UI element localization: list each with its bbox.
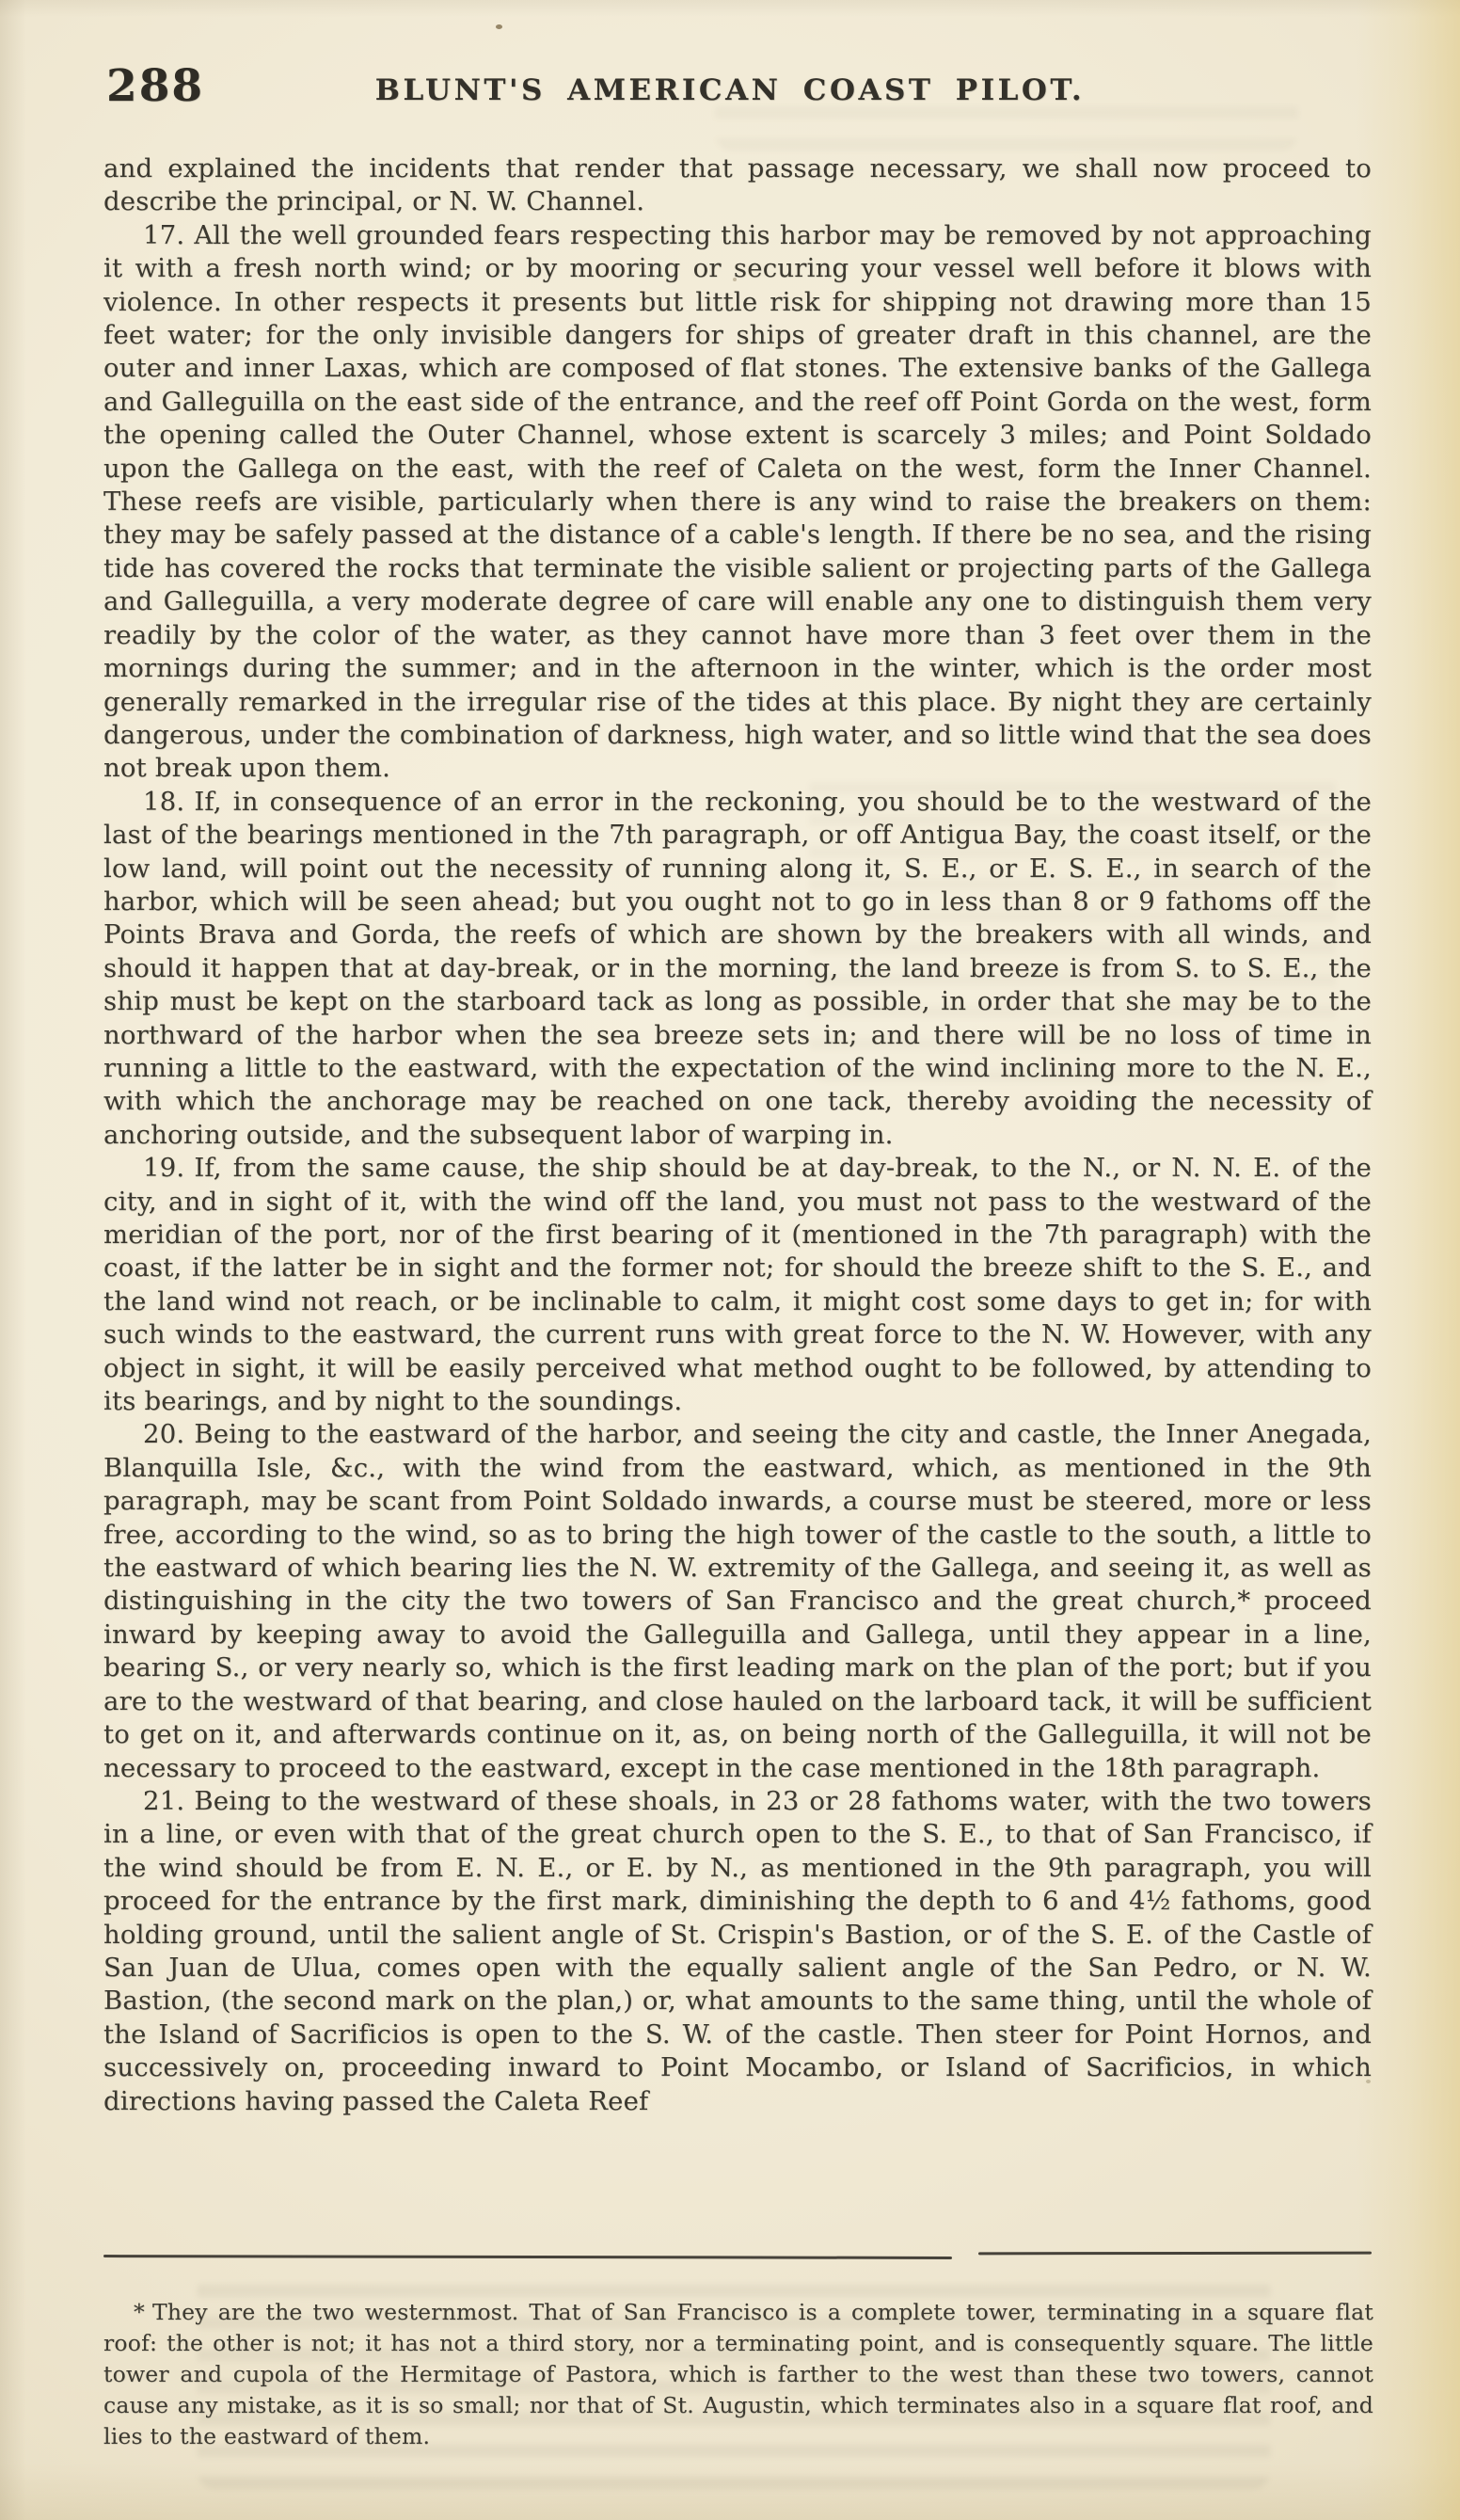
paragraph-number: 18. (143, 787, 194, 817)
paragraph-number: 19. (143, 1153, 194, 1183)
paragraph: 17.All the well grounded fears respectin… (103, 219, 1372, 786)
paragraph-text: Being to the eastward of the harbor, and… (103, 1419, 1372, 1782)
footnote: *They are the two westernmost. That of S… (103, 2297, 1373, 2452)
paragraph: and explained the incidents that render … (103, 152, 1372, 219)
footnote-marker: * (134, 2299, 152, 2325)
paragraph-text: and explained the incidents that render … (103, 153, 1372, 216)
paragraph-text: If, in consequence of an error in the re… (103, 787, 1372, 1150)
paragraph-number: 17. (143, 220, 194, 250)
book-page: 288 BLUNT'S AMERICAN COAST PILOT. and ex… (0, 0, 1460, 2520)
paragraph: 18.If, in consequence of an error in the… (103, 786, 1372, 1152)
paragraph-number: 21. (143, 1786, 194, 1816)
paragraph-text: Being to the westward of these shoals, i… (103, 1786, 1372, 2116)
running-title: BLUNT'S AMERICAN COAST PILOT. (0, 73, 1460, 107)
paragraph-text: If, from the same cause, the ship should… (103, 1153, 1372, 1416)
paragraph: 21.Being to the westward of these shoals… (103, 1785, 1372, 2118)
paragraph: 19.If, from the same cause, the ship sho… (103, 1152, 1372, 1418)
body-paragraphs: and explained the incidents that render … (103, 152, 1372, 2118)
paragraph-number: 20. (143, 1419, 194, 1449)
footnote-text: They are the two westernmost. That of Sa… (103, 2299, 1373, 2449)
paragraph-text: All the well grounded fears respecting t… (103, 220, 1372, 784)
paragraph: 20.Being to the eastward of the harbor, … (103, 1418, 1372, 1784)
ink-speck (496, 24, 502, 29)
footnote-rule-right (978, 2252, 1372, 2256)
footnote-rule-left (103, 2255, 952, 2259)
